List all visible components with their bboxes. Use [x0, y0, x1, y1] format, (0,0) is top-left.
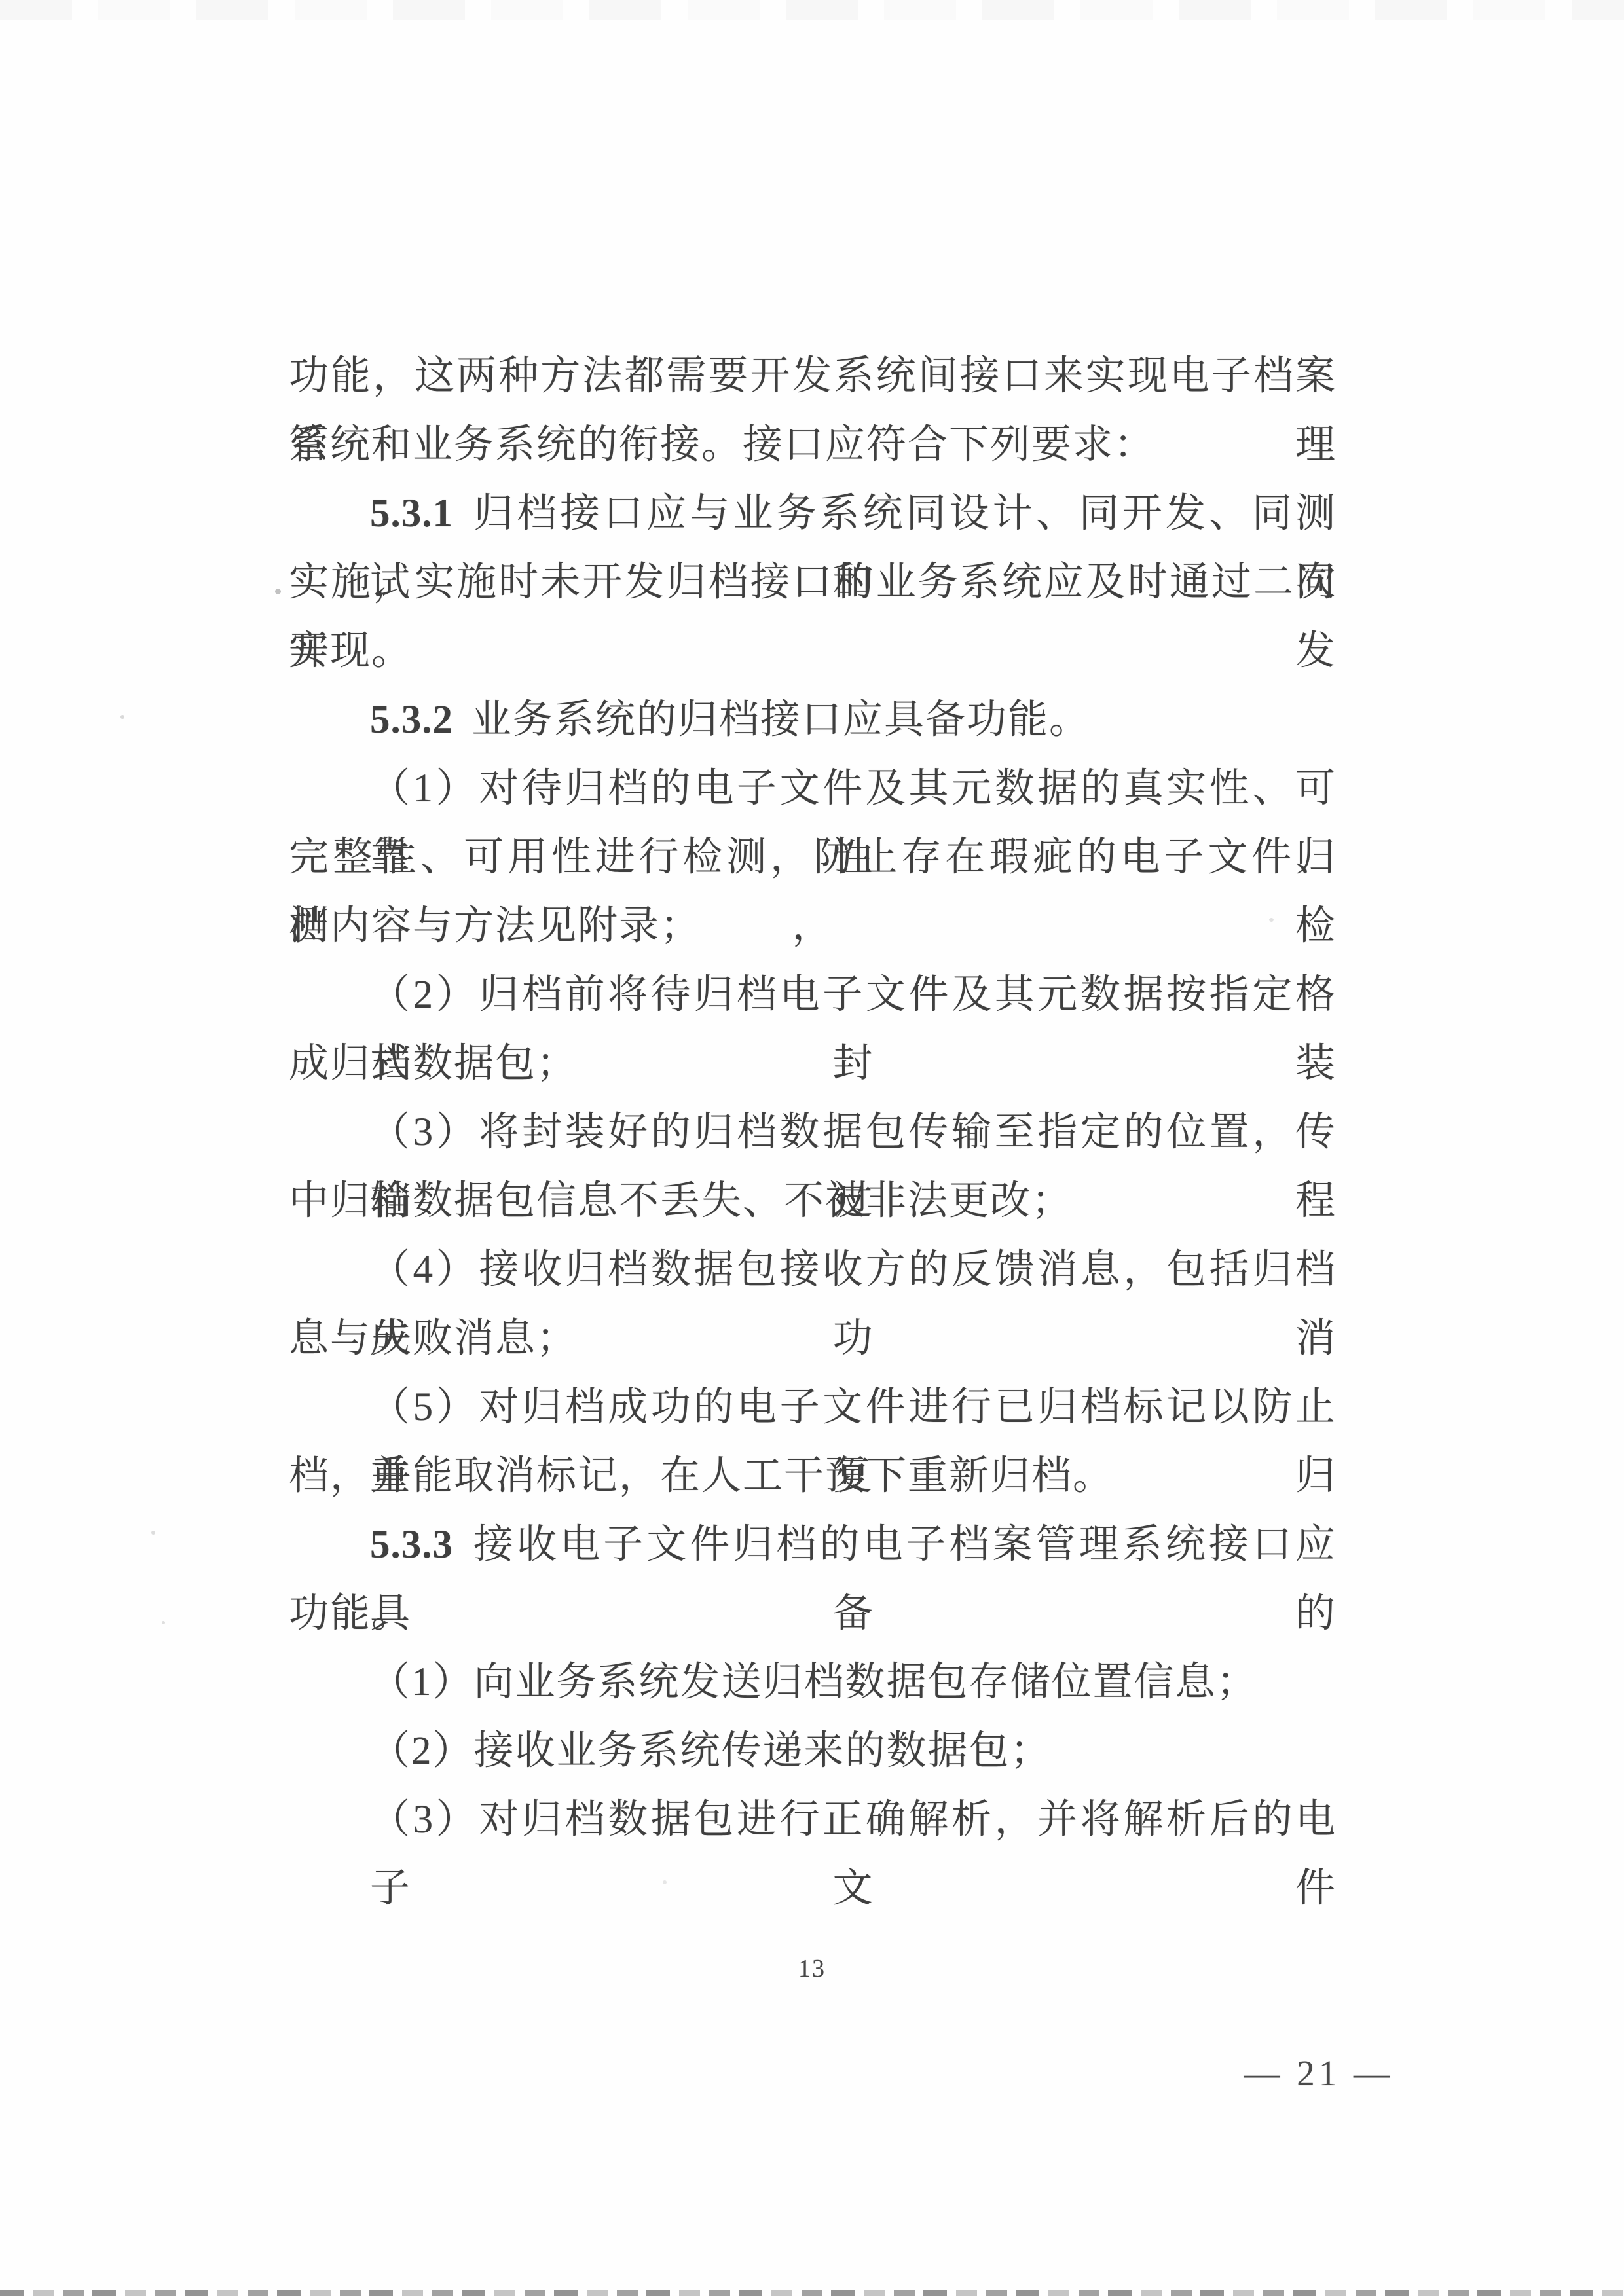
scan-speck: [120, 715, 124, 719]
section-number: 5.3.1: [370, 492, 453, 536]
text-line: 5.3.2业务系统的归档接口应具备功能。: [289, 685, 1337, 754]
line-text: 功能。: [289, 1592, 413, 1635]
line-text: 接收电子文件归档的电子档案管理系统接口应具备的: [370, 1523, 1337, 1635]
scan-speck: [151, 1531, 155, 1535]
text-line: 5.3.3接收电子文件归档的电子档案管理系统接口应具备的: [289, 1510, 1337, 1579]
document-page: 功能，这两种方法都需要开发系统间接口来实现电子档案管理 系统和业务系统的衔接。接…: [0, 0, 1624, 2296]
scan-speck: [162, 1621, 165, 1624]
text-line: （2）归档前将待归档电子文件及其元数据按指定格式封装: [289, 960, 1337, 1029]
text-line: （3）对归档数据包进行正确解析，并将解析后的电子文件: [289, 1785, 1337, 1854]
section-number: 5.3.2: [370, 698, 453, 742]
text-line: 5.3.1归档接口应与业务系统同设计、同开发、同测试和同: [289, 479, 1337, 548]
text-line: （2）接收业务系统传递来的数据包；: [289, 1717, 1337, 1785]
line-text: （3）对归档数据包进行正确解析，并将解析后的电子文件: [370, 1798, 1337, 1910]
text-line: （4）接收归档数据包接收方的反馈消息，包括归档成功消: [289, 1235, 1337, 1304]
section-number: 5.3.3: [370, 1523, 453, 1567]
line-text: （1）向业务系统发送归档数据包存储位置信息；: [370, 1660, 1258, 1704]
line-text: 实现。: [289, 629, 413, 673]
line-text: 实施，实施时未开发归档接口的业务系统应及时通过二次开发: [289, 560, 1337, 673]
scan-speck: [663, 1880, 667, 1884]
text-line: 实施，实施时未开发归档接口的业务系统应及时通过二次开发: [289, 548, 1337, 617]
text-line: （1）向业务系统发送归档数据包存储位置信息；: [289, 1648, 1337, 1717]
text-line: （3）将封装好的归档数据包传输至指定的位置，传输过程: [289, 1098, 1337, 1167]
line-text: （2）接收业务系统传递来的数据包；: [370, 1729, 1052, 1773]
line-text: 业务系统的归档接口应具备功能。: [471, 698, 1090, 742]
line-text: 成归档数据包；: [289, 1042, 578, 1085]
scan-speck: [1269, 918, 1274, 922]
line-text: 档，并能取消标记，在人工干预下重新归档。: [289, 1454, 1114, 1498]
text-line: 功能，这两种方法都需要开发系统间接口来实现电子档案管理: [289, 342, 1337, 410]
text-line: （1）对待归档的电子文件及其元数据的真实性、可靠性、: [289, 754, 1337, 823]
line-text: 系统和业务系统的衔接。接口应符合下列要求：: [289, 423, 1155, 467]
line-text: 测内容与方法见附录；: [289, 904, 701, 948]
line-text: 中归档数据包信息不丢失、不被非法更改；: [289, 1179, 1073, 1223]
scan-artifact-top: [0, 0, 1624, 20]
body-text: 功能，这两种方法都需要开发系统间接口来实现电子档案管理 系统和业务系统的衔接。接…: [289, 342, 1337, 1854]
sheet-number: 13: [0, 1954, 1624, 1983]
text-line: 完整性、可用性进行检测，防止存在瑕疵的电子文件归档，检: [289, 823, 1337, 892]
line-text: 息与失败消息；: [289, 1317, 578, 1360]
page-number: — 21 —: [1244, 2052, 1394, 2094]
scan-artifact-bottom: [0, 2290, 1624, 2296]
text-line: （5）对归档成功的电子文件进行已归档标记以防止重复归: [289, 1373, 1337, 1442]
scan-speck: [275, 589, 281, 594]
